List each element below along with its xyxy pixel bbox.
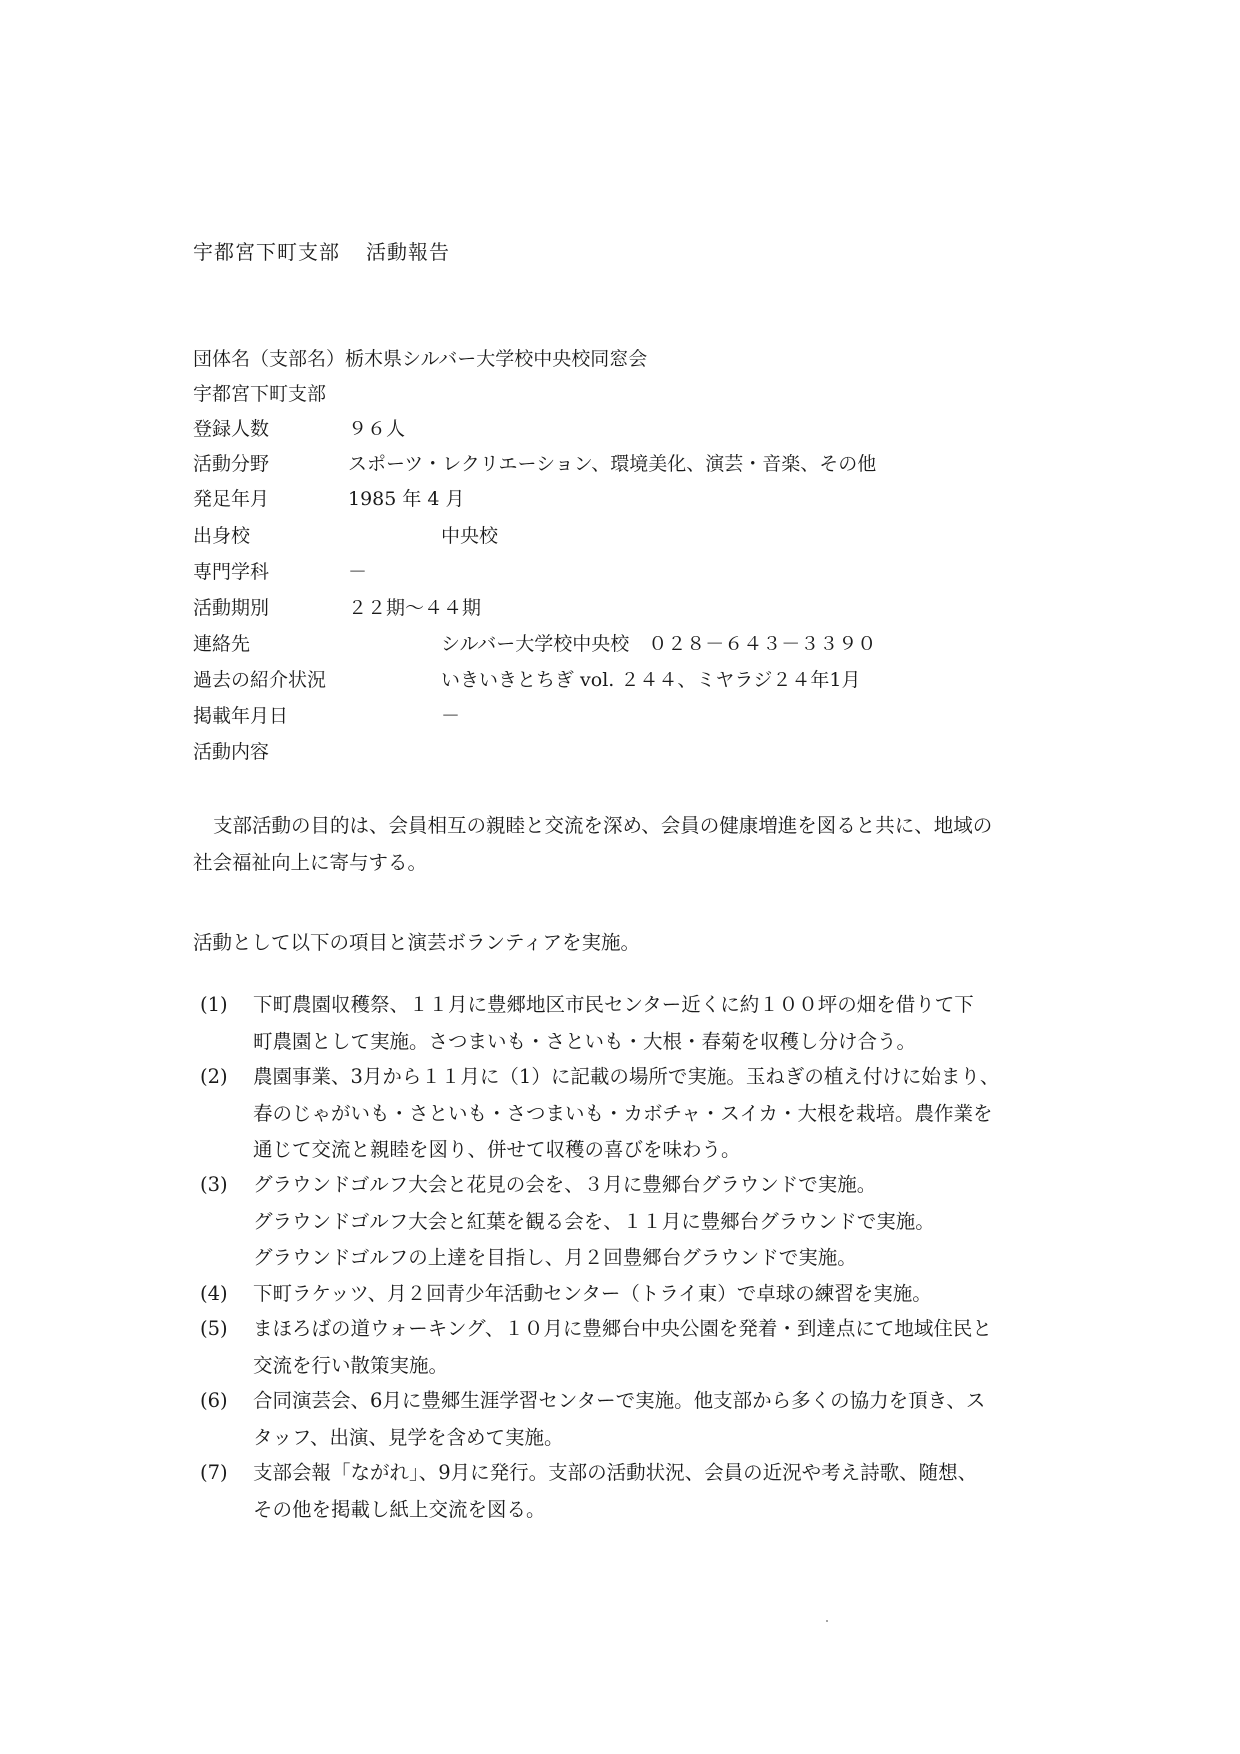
field-value: － — [441, 698, 460, 734]
field-value: ９６人 — [348, 411, 405, 447]
intro-paragraph: 活動として以下の項目と演芸ボランティアを実施。 — [193, 924, 1053, 961]
field-label: 出身校 — [193, 518, 250, 554]
document-title: 宇都宮下町支部活動報告 — [193, 236, 450, 265]
item-number: (5) — [200, 1311, 228, 1348]
field-label: 活動期別 — [193, 590, 269, 626]
field-department: 専門学科 － — [193, 554, 269, 590]
scan-speck — [826, 1620, 828, 1622]
field-label: 連絡先 — [193, 626, 250, 662]
item-number: (4) — [200, 1276, 228, 1313]
field-members: 登録人数 ９６人 — [193, 411, 269, 447]
item-line: 下町農園収穫祭、１１月に豊郷地区市民センター近くに約１００坪の畑を借りて下 — [253, 987, 1053, 1024]
field-label: 過去の紹介状況 — [193, 662, 326, 698]
item-number: (6) — [200, 1383, 228, 1420]
document-page: 宇都宮下町支部活動報告 団体名（支部名）栃木県シルバー大学校中央校同窓会 宇都宮… — [0, 0, 1240, 1754]
purpose-line: 支部活動の目的は、会員相互の親睦と交流を深め、会員の健康増進を図ると共に、地域の — [193, 807, 1053, 844]
field-label: 活動分野 — [193, 446, 269, 482]
item-line: その他を掲載し紙上交流を図る。 — [253, 1492, 1053, 1529]
item-number: (7) — [200, 1455, 228, 1492]
field-contact: 連絡先 シルバー大学校中央校 ０２８－６４３－３３９０ — [193, 626, 250, 662]
field-value: スポーツ・レクリエーション、環境美化、演芸・音楽、その他 — [348, 446, 876, 482]
item-number: (1) — [200, 987, 228, 1024]
field-value: シルバー大学校中央校 ０２８－６４３－３３９０ — [441, 626, 876, 662]
field-school: 出身校 中央校 — [193, 518, 250, 554]
intro-line: 活動として以下の項目と演芸ボランティアを実施。 — [193, 924, 1053, 961]
item-number: (2) — [200, 1059, 228, 1096]
item-line: グラウンドゴルフの上達を目指し、月２回豊郷台グラウンドで実施。 — [253, 1240, 1053, 1277]
field-label: 掲載年月日 — [193, 698, 288, 734]
field-label: 宇都宮下町支部 — [193, 376, 326, 412]
item-line: 春のじゃがいも・さといも・さつまいも・カボチャ・スイカ・大根を栽培。農作業を — [253, 1096, 1053, 1133]
field-founded: 発足年月 1985 年 4 月 — [193, 481, 269, 517]
field-activity-area: 活動分野 スポーツ・レクリエーション、環境美化、演芸・音楽、その他 — [193, 446, 269, 482]
item-line: グラウンドゴルフ大会と紅葉を観る会を、１１月に豊郷台グラウンドで実施。 — [253, 1204, 1053, 1241]
field-value: － — [348, 554, 367, 590]
field-past-features: 過去の紹介状況 いきいきとちぎ vol. ２４４、ミヤラジ２４年1月 — [193, 662, 326, 698]
field-label: 発足年月 — [193, 481, 269, 517]
field-value: 栃木県シルバー大学校中央校同窓会 — [345, 348, 647, 370]
field-label: 団体名（支部名） — [193, 341, 345, 377]
item-line: タッフ、出演、見学を含めて実施。 — [253, 1420, 1053, 1457]
item-line: 支部会報「ながれ」、9月に発行。支部の活動状況、会員の近況や考え詩歌、随想、 — [253, 1455, 1053, 1492]
purpose-paragraph: 支部活動の目的は、会員相互の親睦と交流を深め、会員の健康増進を図ると共に、地域の… — [193, 807, 1053, 881]
item-line: 農園事業、3月から１１月に（1）に記載の場所で実施。玉ねぎの植え付けに始まり、 — [253, 1059, 1053, 1096]
field-label: 専門学科 — [193, 554, 269, 590]
field-organization: 団体名（支部名）栃木県シルバー大学校中央校同窓会 — [193, 341, 647, 377]
field-value: いきいきとちぎ vol. ２４４、ミヤラジ２４年1月 — [441, 662, 860, 698]
item-line: まほろばの道ウォーキング、１０月に豊郷台中央公園を発着・到達点にて地域住民と — [253, 1311, 1053, 1348]
field-terms: 活動期別 ２２期～４４期 — [193, 590, 269, 626]
item-line: グラウンドゴルフ大会と花見の会を、３月に豊郷台グラウンドで実施。 — [253, 1167, 1053, 1204]
field-publish-date: 掲載年月日 － — [193, 698, 288, 734]
field-label: 登録人数 — [193, 411, 269, 447]
item-line: 下町ラケッツ、月２回青少年活動センター（トライ東）で卓球の練習を実施。 — [253, 1276, 1053, 1313]
item-line: 通じて交流と親睦を図り、併せて収穫の喜びを味わう。 — [253, 1132, 1053, 1169]
field-label: 活動内容 — [193, 734, 269, 770]
item-line: 町農園として実施。さつまいも・さといも・大根・春菊を収穫し分け合う。 — [253, 1024, 1053, 1061]
item-line: 合同演芸会、6月に豊郷生涯学習センターで実施。他支部から多くの協力を頂き、ス — [253, 1383, 1053, 1420]
field-value: 1985 年 4 月 — [348, 481, 465, 517]
purpose-line: 社会福祉向上に寄与する。 — [193, 844, 1053, 881]
field-branch: 宇都宮下町支部 — [193, 376, 326, 412]
item-line: 交流を行い散策実施。 — [253, 1348, 1053, 1385]
item-number: (3) — [200, 1167, 228, 1204]
title-branch: 宇都宮下町支部 — [193, 240, 340, 264]
title-report: 活動報告 — [366, 240, 450, 264]
field-value: ２２期～４４期 — [348, 590, 481, 626]
field-activity-content: 活動内容 — [193, 734, 269, 770]
field-value: 中央校 — [441, 518, 498, 554]
